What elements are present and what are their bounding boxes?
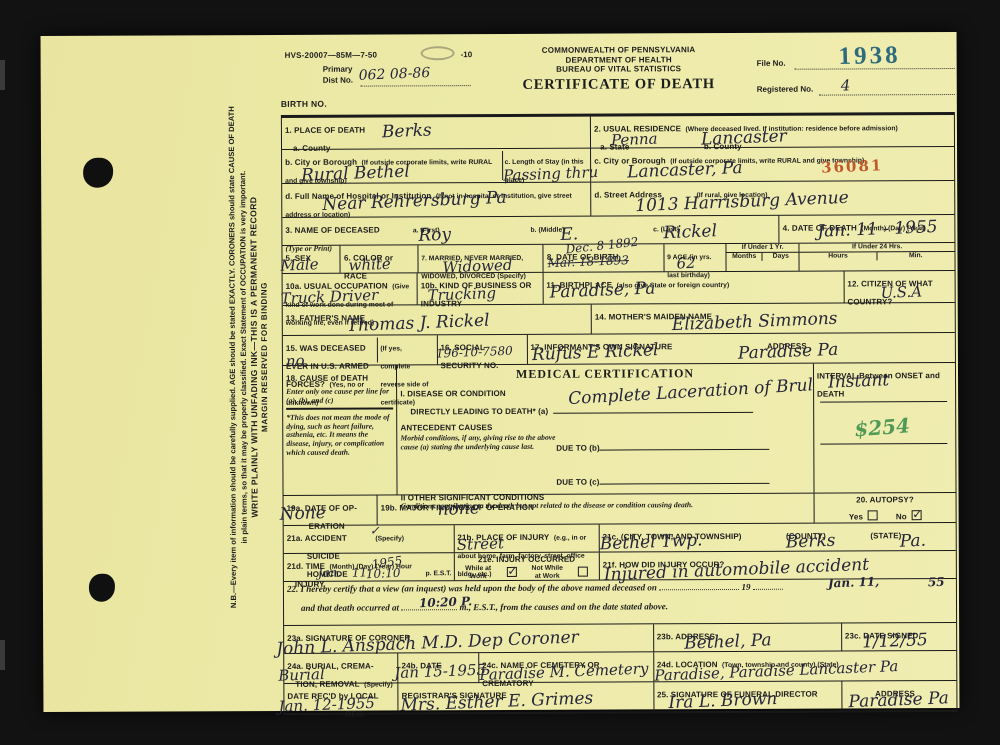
usual-residence-cell: 2. USUAL RESIDENCE (Where deceased lived… <box>591 115 954 216</box>
antecedent-causes-label: ANTECEDENT CAUSES <box>400 422 810 433</box>
while-at-work-label2: Work <box>470 573 487 580</box>
how-injury-occurred-cell: 21f. HOW DID INJURY OCCUR? Injured in au… <box>600 551 956 580</box>
funeral-director-address-value: Paradise Pa <box>848 688 949 712</box>
major-findings-cell: 19b. MAJOR FINDINGS OF OPERATION none <box>378 494 815 525</box>
place-of-injury-cell: 21b. PLACE OF INJURY (e.g., in or about … <box>454 525 599 553</box>
coroner-address-value: Bethel, Pa <box>683 630 771 653</box>
informant-address-value: Paradise Pa <box>737 340 838 364</box>
cause-of-death-label: 18. CAUSE of DEATH <box>286 374 368 383</box>
film-edge-mark <box>0 640 5 670</box>
under-24hrs-cell: If Under 24 Hrs. Hours Min. <box>800 243 955 271</box>
green-stamp-number: $254 <box>853 413 910 441</box>
age-cell: 9 AGE (in yrs. last birthday) 62 <box>664 244 727 271</box>
autopsy-no-checkbox: ✓ <box>911 510 921 520</box>
father-name-value: Thomas J. Rickel <box>346 311 489 337</box>
informant-cell: 17. INFORMANT'S OWN SIGNATURE ADDRESS Ru… <box>527 333 955 364</box>
scanned-death-certificate: N.B.—Every item of information should be… <box>0 0 1000 745</box>
armed-forces-cell: 15. WAS DECEASED EVER IN U.S. ARMED FORC… <box>283 335 438 365</box>
medical-certification-cell: MEDICAL CERTIFICATION I. DISEASE OR COND… <box>397 364 814 495</box>
injury-state-value: Pa. <box>899 531 926 552</box>
citizen-value: U.S.A <box>880 282 922 302</box>
bureau-line: BUREAU OF VITAL STATISTICS <box>499 64 739 75</box>
morbid-conditions-note: Morbid conditions, if any, giving rise t… <box>401 434 557 491</box>
marital-value: Widowed <box>442 256 513 277</box>
funeral-director-address-cell: ADDRESS Paradise Pa <box>842 681 956 710</box>
injury-occurred-cell: 21e. INJURY OCCURRED While atWork ✓ Not … <box>454 553 599 581</box>
last-name-value: Rickel <box>663 221 717 243</box>
date-received-cell: DATE REC'D by LOCAL REG. Jan. 12-1955 <box>284 683 398 712</box>
registrar-signature-cell: REGISTRAR'S SIGNATURE Mrs. Esther E. Gri… <box>399 682 654 712</box>
date-received-value: Jan. 12-1955 <box>278 694 375 716</box>
date-of-death-value: Jan. 11 - 1955 <box>817 217 938 242</box>
injury-city-value: Bethel Twp. <box>599 530 703 554</box>
accident-suicide-homicide-cell: 21a. ACCIDENT ✓ (Specify) SUICIDE HOMICI… <box>284 525 455 553</box>
death-time-value: 10:20 P. <box>419 596 473 609</box>
accident-checkmark-icon: ✓ <box>369 523 380 537</box>
file-no-label: File No. <box>757 59 786 68</box>
occupation-cell: 10a. USUAL OCCUPATION (Give kind of work… <box>283 273 418 305</box>
res-street-value: 1013 Harrisburg Avenue <box>635 188 849 216</box>
form-number: HVS-20007—85M—7-50 <box>285 51 378 60</box>
hours-label: Hours <box>800 252 877 260</box>
under-1yr-cell: If Under 1 Yr. Months Days <box>727 244 800 271</box>
dob-struck-value: Mar. 18-1893 <box>548 253 630 270</box>
funeral-director-value: Ira L. Brown <box>668 689 778 713</box>
burial-date-cell: 24b. DATE Jan 15-1955 <box>398 653 479 682</box>
city-borough-value: Rural Bethel <box>301 162 410 186</box>
file-no-stamp: 1938 <box>838 42 901 71</box>
min-label: Min. <box>877 252 954 260</box>
due-to-b-label: DUE TO (b) <box>556 444 600 453</box>
not-while-at-work-label2: at Work <box>535 573 560 580</box>
interval-value: Instant <box>828 370 890 392</box>
ssn-cell: 16. SOCIAL SECURITY NO. 196-10-7580 <box>437 335 527 364</box>
due-to-c-label: DUE TO (c) <box>556 478 599 487</box>
date-of-operation-cell: 19a. DATE OF OP- ERATION None <box>284 496 378 525</box>
dist-no-label: Dist No. <box>323 76 353 85</box>
disease-condition-label2: DIRECTLY LEADING TO DEATH* (a) <box>410 407 548 417</box>
dist-no-line <box>361 85 471 86</box>
mother-name-cell: 14. MOTHER'S MAIDEN NAME Elizabeth Simmo… <box>592 303 955 334</box>
occupation-value: Truck Driver <box>280 286 378 308</box>
cause-note-1: Enter only one cause per line for (a), (… <box>286 387 393 410</box>
registered-no-value: 4 <box>840 76 850 94</box>
date-signed-cell: 23c. DATE SIGNED 1/12/55 <box>842 623 956 650</box>
coroner-signature-cell: 23a. SIGNATURE OF CORONER John L. Anspac… <box>284 624 654 653</box>
certificate-form: 1. PLACE OF DEATH a. County Berks b. Cit… <box>281 112 958 715</box>
informant-value: Rufus E Rickel <box>531 340 658 365</box>
cause-of-death-margin-cell: 18. CAUSE of DEATH Enter only one cause … <box>283 365 398 494</box>
certificate-paper: N.B.—Every item of information should be… <box>41 32 960 712</box>
embossed-seal-icon <box>421 46 455 60</box>
birthplace-cell: 11. BIRTHPLACE (also give State or forei… <box>543 271 844 303</box>
days-label: Days <box>763 253 799 261</box>
burial-date-value: Jan 15-1955 <box>394 660 486 682</box>
res-city-value: Lancaster, Pa <box>627 158 743 183</box>
res-county-value: Lancaster <box>701 126 788 149</box>
race-cell: 6. COLOR or RACE white <box>341 245 418 272</box>
father-name-cell: 13. FATHER'S NAME Thomas J. Rickel <box>283 305 592 335</box>
certify-date-value: Jan. 11, <box>827 576 879 589</box>
sex-value: Male <box>280 255 319 274</box>
certify-year-printed: 19 <box>741 582 750 592</box>
length-of-stay-value: Passing thru <box>502 163 598 185</box>
ssn-value: 196-10-7580 <box>435 344 512 361</box>
accident-label: 21a. ACCIDENT <box>287 534 347 543</box>
certify-line2a: and that death occurred at <box>301 602 399 612</box>
burial-value: Burial <box>278 665 325 685</box>
major-findings-value: none <box>437 498 480 520</box>
first-name-value: Roy <box>418 225 451 246</box>
header-center-block: COMMONWEALTH OF PENNSYLVANIA DEPARTMENT … <box>499 45 739 94</box>
coroner-certification-cell: 22. I hereby certify that a view (an inq… <box>284 579 956 625</box>
dob-cell: 8. DATE OF BIRTH Dec. 8 1892 Mar. 18-189… <box>544 244 664 272</box>
res-state-value: Penna <box>611 130 658 150</box>
injury-county-value: Berks <box>785 531 835 553</box>
dist-no-value: 062 08-86 <box>358 65 430 84</box>
place-of-injury-value: Street <box>456 534 504 554</box>
marital-cell: 7. MARRIED, NEVER MARRIED, WIDOWED, DIVO… <box>418 245 544 273</box>
autopsy-yes-checkbox <box>867 510 877 520</box>
age-value: 62 <box>676 254 696 273</box>
certify-line1: 22. I hereby certify that a view (an inq… <box>287 582 657 594</box>
margin-reserved-note: MARGIN RESERVED FOR BINDING <box>258 47 271 667</box>
date-of-operation-value: None <box>279 503 326 525</box>
date-of-death-cell: 4. DATE OF DEATH (Month) (Day) (Year) Ja… <box>780 215 955 243</box>
certify-year-value: 55 <box>928 577 945 589</box>
birth-no-label: BIRTH NO. <box>281 99 327 109</box>
autopsy-no-label: No <box>896 512 907 521</box>
armed-forces-value: no <box>286 352 305 371</box>
race-value: white <box>349 255 392 275</box>
citizen-cell: 12. CITIZEN OF WHAT COUNTRY? U.S.A <box>844 271 954 302</box>
est-suffix: p. E.S.T. <box>425 570 451 578</box>
name-of-deceased-cell: 3. NAME OF DECEASED (Type or Print) a. (… <box>282 216 779 245</box>
interval-cell: INTERVAL Between ONSET and DEATH Instant… <box>814 363 956 493</box>
under-1yr-label: If Under 1 Yr. <box>727 244 799 253</box>
autopsy-yes-label: Yes <box>849 512 863 521</box>
injury-hour-value: 10:10 <box>366 566 401 581</box>
not-while-at-work-label1: Not While <box>532 565 563 572</box>
injury-location-cell: 21c. (CITY, TOWN, AND TOWNSHIP) (COUNTY)… <box>599 523 955 552</box>
while-at-work-label1: While at <box>465 565 491 572</box>
binding-margin-text: N.B.—Every item of information should be… <box>227 47 274 667</box>
industry-value: Trucking <box>427 284 496 305</box>
time-of-injury-cell: 21d. TIME (Month) (Day) (Year) Hour INJU… <box>284 553 455 581</box>
punch-hole <box>89 574 115 602</box>
not-while-at-work-checkbox <box>578 567 588 577</box>
date-signed-value: 1/12/55 <box>862 630 928 653</box>
registered-no-label: Registered No. <box>757 85 814 94</box>
disease-condition-label: I. DISEASE OR CONDITION <box>400 389 505 398</box>
place-of-death-title: 1. PLACE OF DEATH <box>285 126 365 135</box>
seal-suffix: -10 <box>461 50 473 59</box>
checkmark-icon: ✓ <box>912 507 922 521</box>
injury-occurred-label: 21e. INJURY OCCURRED <box>457 555 595 565</box>
cause-note-2: *This does not mean the mode of dying, s… <box>286 414 393 457</box>
burial-location-cell: 24d. LOCATION (Town, township and county… <box>654 651 957 681</box>
certificate-title: CERTIFICATE OF DEATH <box>499 75 739 93</box>
certify-line2b: m., E.S.T., from the causes and on the d… <box>460 601 668 612</box>
place-of-death-cell: 1. PLACE OF DEATH a. County Berks b. Cit… <box>282 117 592 217</box>
cemetery-cell: 24c. NAME OF CEMETERY OR CREMATORY Parad… <box>479 652 654 682</box>
registered-no-line <box>819 94 955 96</box>
name-title: 3. NAME OF DECEASED <box>285 226 379 235</box>
injury-state-label: (STATE) <box>870 531 901 540</box>
months-label: Months <box>727 253 763 261</box>
funeral-director-cell: 25. SIGNATURE OF FUNERAL DIRECTOR Ira L.… <box>654 682 842 712</box>
checkmark-icon: ✓ <box>507 564 517 578</box>
primary-label: Primary <box>323 65 353 74</box>
county-value: Berks <box>382 120 432 142</box>
sex-cell: 5. SEX Male <box>282 246 341 273</box>
injury-month-value: Jan. <box>318 565 342 580</box>
res-city-stamp: 36081 <box>821 156 884 176</box>
industry-cell: 10b. KIND OF BUSINESS OR INDUSTRY Trucki… <box>418 273 544 305</box>
autopsy-cell: 20. AUTOPSY? Yes No ✓ <box>814 493 955 523</box>
certificate-header: HVS-20007—85M—7-50 -10 Primary Dist No. … <box>279 40 957 115</box>
while-at-work-checkbox: ✓ <box>506 567 516 577</box>
punch-hole <box>83 158 113 188</box>
film-edge-mark <box>0 60 5 90</box>
autopsy-label: 20. AUTOPSY? <box>817 495 952 505</box>
coroner-address-cell: 23b. ADDRESS Bethel, Pa <box>654 624 842 652</box>
birthplace-value: Paradise, Pa <box>549 278 656 302</box>
